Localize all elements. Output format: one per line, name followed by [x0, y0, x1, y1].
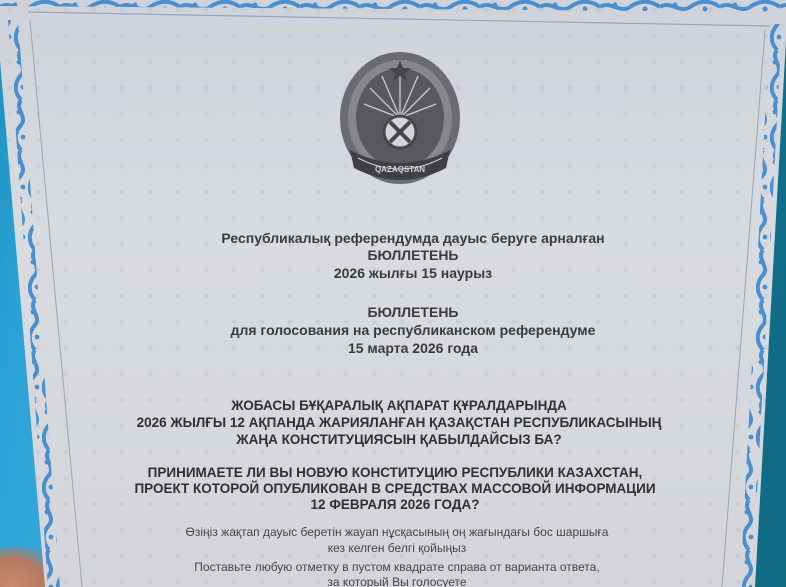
- question-kz-line: ЖОБАСЫ БҰҚАРАЛЫҚ АҚПАРАТ ҚҰРАЛДАРЫНДА: [6, 398, 786, 413]
- header-kz-date: 2026 жылғы 15 наурыз: [20, 265, 786, 281]
- question-ru-line: 12 ФЕВРАЛЯ 2026 ГОДА?: [2, 497, 786, 512]
- question-kz-line: 2026 ЖЫЛҒЫ 12 АҚПАНДА ЖАРИЯЛАНҒАН ҚАЗАҚС…: [6, 415, 786, 430]
- instruction-kz-line: Өзіңіз жақтап дауыс беретін жауап нұсқас…: [4, 525, 786, 539]
- state-emblem-icon: QAZAQSTAN: [336, 46, 464, 196]
- instruction-kz-line: кез келген белгі қойыңыз: [4, 541, 786, 555]
- header-kz-title: БЮЛЛЕТЕНЬ: [20, 247, 786, 263]
- ballot-content: QAZAQSTAN Республикалық референдумда дау…: [0, 0, 786, 587]
- instruction-ru-line: Поставьте любую отметку в пустом квадрат…: [4, 560, 786, 574]
- header-kz-line: Республикалық референдумда дауыс беруге …: [20, 230, 786, 246]
- question-ru-line: ПРОЕКТ КОТОРОЙ ОПУБЛИКОВАН В СРЕДСТВАХ М…: [2, 481, 786, 496]
- instruction-ru-line: за который Вы голосуете: [4, 575, 786, 587]
- question-ru-line: ПРИНИМАЕТЕ ЛИ ВЫ НОВУЮ КОНСТИТУЦИЮ РЕСПУ…: [2, 465, 786, 480]
- header-ru-date: 15 марта 2026 года: [20, 340, 786, 356]
- header-ru-subtitle: для голосования на республиканском рефер…: [20, 322, 786, 338]
- svg-text:QAZAQSTAN: QAZAQSTAN: [375, 165, 425, 174]
- header-ru-title: БЮЛЛЕТЕНЬ: [20, 304, 786, 320]
- question-kz-line: ЖАҢА КОНСТИТУЦИЯСЫН ҚАБЫЛДАЙСЫЗ БА?: [6, 432, 786, 447]
